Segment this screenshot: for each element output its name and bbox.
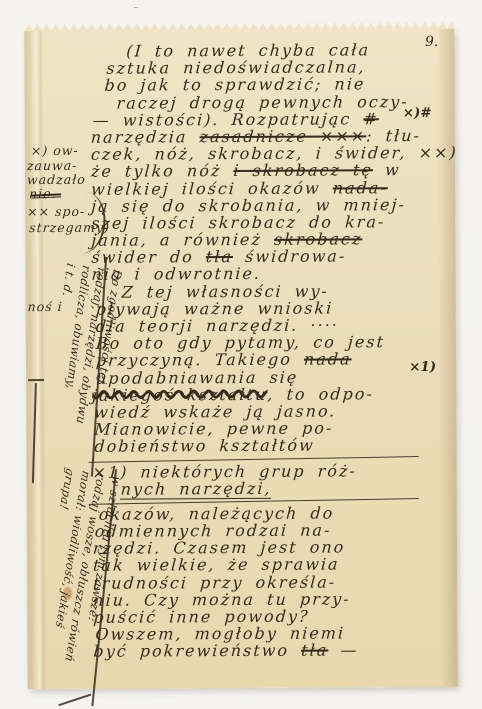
struck-text: i skrobacz tę — [233, 161, 374, 181]
handwriting-text: że tylko nóż — [90, 161, 234, 181]
struck-text: # — [363, 109, 380, 128]
margin-note: wadzało — [27, 172, 87, 187]
manuscript-line: ×1) niektórych grup róż- — [92, 461, 453, 480]
paper: 9. (I to nawet chyba całasztuka niedoświ… — [24, 29, 457, 689]
reference-mark: ×1) — [409, 359, 436, 375]
manuscript-line: ją się do skrobania, w mniej- — [91, 196, 452, 215]
torn-edge — [24, 22, 454, 31]
handwriting-text: być pokrewieństwo — [93, 641, 302, 661]
main-text: (I to nawet chyba całasztuka niedoświadc… — [90, 41, 453, 660]
margin-tick — [28, 379, 44, 381]
manuscript-line: nia i odwrotnie. — [91, 264, 452, 283]
manuscript-line: Z tej własności wy- — [91, 282, 452, 301]
manuscript-line: przyczyną. Takiego nada — [91, 350, 452, 369]
manuscript-line: upodabniawania się — [92, 367, 453, 386]
manuscript-line: tak wielkie, że sprawia — [93, 555, 454, 574]
manuscript-line: że tylko nóż i skrobacz tę w — [90, 161, 451, 180]
struck-text: nada — [303, 350, 352, 369]
margin-note: ×× spo- — [27, 204, 86, 219]
margin-double-underline — [31, 193, 61, 198]
manuscript-line: dobieństwo kształtów — [92, 436, 453, 455]
manuscript-line: być pokrewieństwo tła — — [93, 641, 454, 660]
struck-text: nada- — [332, 178, 388, 197]
manuscript-line: nych narzędzi, — [92, 479, 453, 498]
margin-note: ×) ow- — [30, 143, 79, 158]
scan-dust-speck: ~ — [133, 6, 140, 10]
reference-mark: ×)# — [403, 105, 432, 121]
handwriting-text: dobieństwo kształtów — [94, 436, 316, 456]
margin-note: zauwa- — [26, 158, 77, 173]
manuscript-line: trudności przy określa- — [93, 573, 454, 592]
manuscript-line: raczej drogą pewnych oczy- — [90, 92, 451, 111]
struck-text: tła — [301, 641, 329, 660]
handwriting-text: w — [372, 160, 401, 179]
handwriting-text: — — [328, 641, 359, 660]
